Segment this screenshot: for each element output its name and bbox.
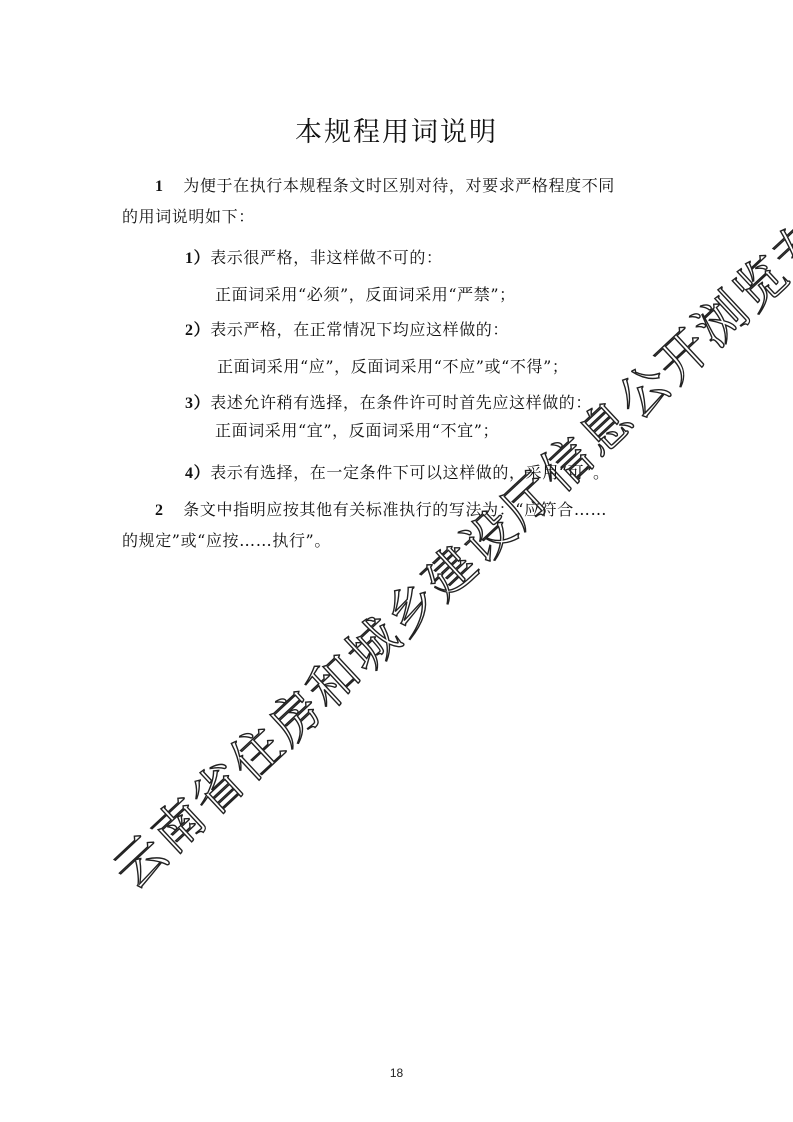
item-2-usage: 正面词采用“应”，反面词采用“不应”或“不得”； — [217, 354, 568, 377]
item-4: 4）表示有选择，在一定条件下可以这样做的，采用“可”。 — [185, 460, 610, 483]
item-3: 3）表述允许稍有选择，在条件许可时首先应这样做的： — [185, 390, 592, 413]
item-number: 4） — [185, 465, 210, 482]
clause-1-line-2: 的用词说明如下： — [122, 204, 255, 227]
clause-number: 1 — [155, 178, 164, 195]
item-number: 1） — [185, 250, 210, 267]
clause-text: 条文中指明应按其他有关标准执行的写法为：“应符合…… — [183, 500, 607, 519]
item-text: 表示很严格，非这样做不可的： — [210, 248, 442, 267]
clause-1-line-1: 1 为便于在执行本规程条文时区别对待，对要求严格程度不同 — [155, 173, 615, 196]
item-text: 表述允许稍有选择，在条件许可时首先应这样做的： — [210, 393, 592, 412]
clause-text: 为便于在执行本规程条文时区别对待，对要求严格程度不同 — [183, 176, 615, 195]
item-text: 表示严格，在正常情况下均应这样做的： — [210, 320, 509, 339]
item-number: 2） — [185, 322, 210, 339]
item-number: 3） — [185, 395, 210, 412]
clause-2-line-1: 2 条文中指明应按其他有关标准执行的写法为：“应符合…… — [155, 497, 607, 520]
item-text: 表示有选择，在一定条件下可以这样做的，采用“可”。 — [210, 463, 609, 482]
item-3-usage: 正面词采用“宜”，反面词采用“不宜”； — [215, 418, 499, 441]
clause-number: 2 — [155, 502, 164, 519]
item-1-usage: 正面词采用“必须”，反面词采用“严禁”； — [215, 282, 516, 305]
item-1: 1）表示很严格，非这样做不可的： — [185, 245, 443, 268]
document-page: 本规程用词说明 1 为便于在执行本规程条文时区别对待，对要求严格程度不同 的用词… — [0, 0, 793, 1122]
page-title: 本规程用词说明 — [0, 110, 793, 149]
page-number: 18 — [0, 1066, 793, 1080]
item-2: 2）表示严格，在正常情况下均应这样做的： — [185, 317, 509, 340]
clause-2-line-2: 的规定”或“应按……执行”。 — [122, 528, 331, 551]
